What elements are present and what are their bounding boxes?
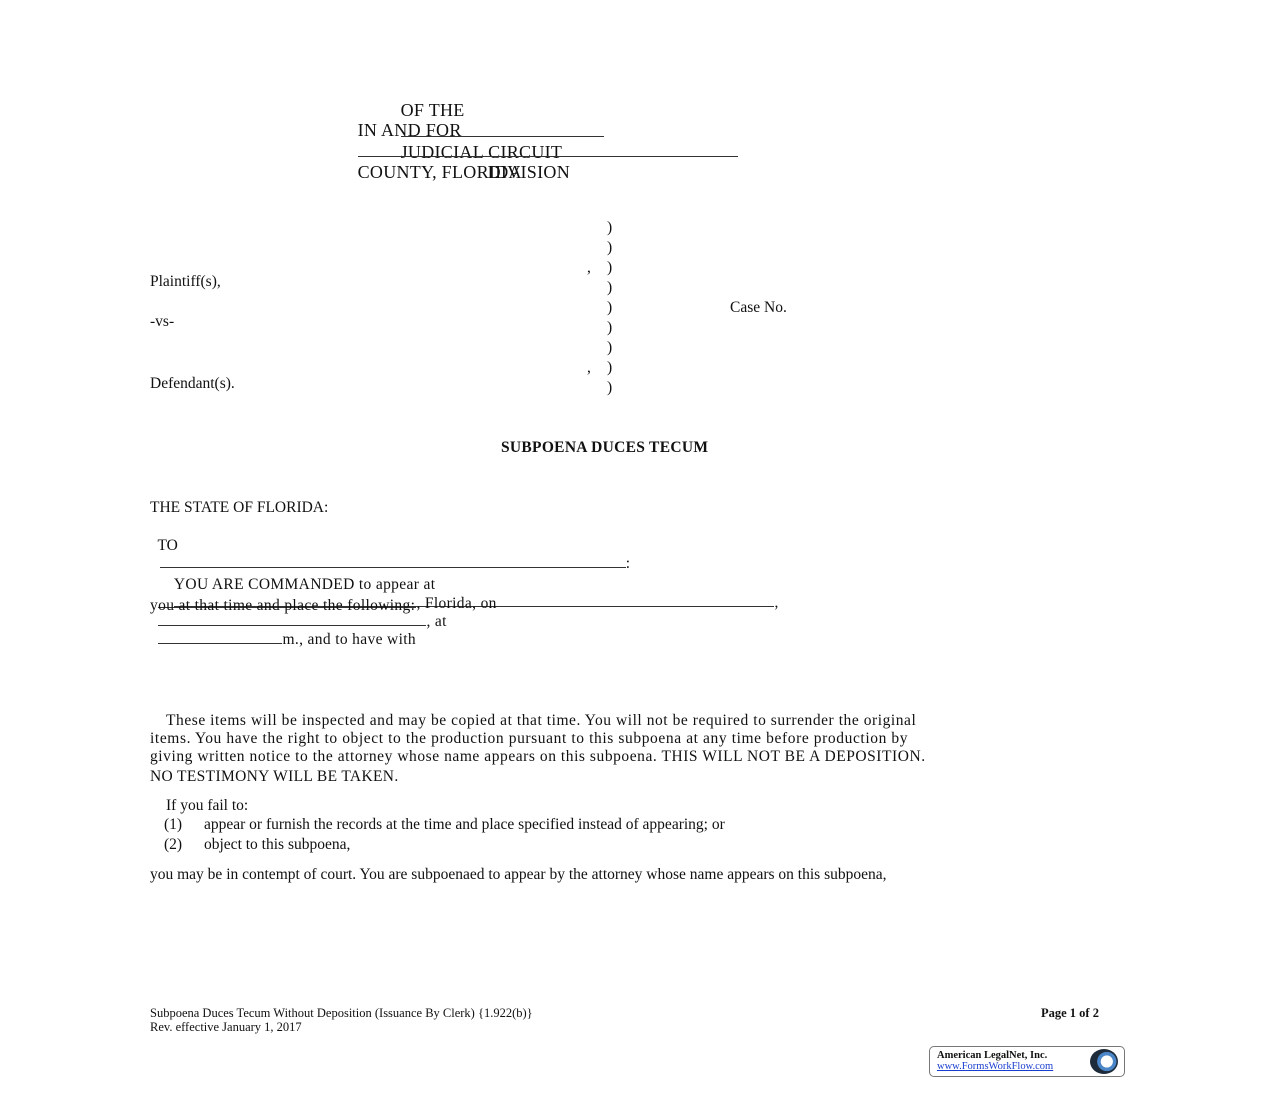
notice-line: items. You have the right to object to t… [150,730,908,748]
command-line-2-suffix: m., and to have with [282,631,416,648]
failure-item-number: (2) [164,836,182,854]
failure-item-text: object to this subpoena, [204,836,350,854]
caption-paren: ) [607,359,612,377]
caption-paren: ) [607,279,612,297]
failure-intro: If you fail to: [166,797,248,815]
at-label: , at [426,613,446,630]
caption-paren: ) [607,319,612,337]
time-blank[interactable] [158,631,282,644]
caption-paren: ) [607,339,612,357]
plaintiff-label: Plaintiff(s), [150,273,221,291]
page-number: Page 1 of 2 [1041,1006,1099,1021]
caption-paren: ) [607,219,612,237]
command-comma: , [774,594,778,611]
florida-on: , Florida, on [416,595,496,612]
case-number-label: Case No. [730,299,787,317]
division-blank[interactable] [488,144,738,157]
american-legalnet-logo[interactable]: American LegalNet, Inc. www.FormsWorkFlo… [929,1046,1125,1077]
caption-paren: ) [607,379,612,397]
caption-comma: , [587,259,591,277]
globe-swirl-icon [1090,1049,1118,1074]
command-line-3: you at that time and place the following… [150,597,415,615]
state-of-florida: THE STATE OF FLORIDA: [150,499,328,517]
to-label: TO [157,537,177,554]
form-title-footer: Subpoena Duces Tecum Without Deposition … [150,1006,533,1021]
caption-paren: ) [607,239,612,257]
caption-paren: ) [607,299,612,317]
notice-line: giving written notice to the attorney wh… [150,748,926,766]
failure-item-number: (1) [164,816,182,834]
failure-item-text: appear or furnish the records at the tim… [204,816,725,834]
document-title: SUBPOENA DUCES TECUM [501,439,708,457]
caption-paren: ) [607,259,612,277]
caption-comma: , [587,359,591,377]
notice-line: NO TESTIMONY WILL BE TAKEN. [150,768,399,786]
logo-website-link[interactable]: www.FormsWorkFlow.com [937,1061,1053,1072]
revision-date: Rev. effective January 1, 2017 [150,1020,302,1035]
header-in-and-for: IN AND FOR [358,120,462,140]
notice-line: These items will be inspected and may be… [166,712,916,730]
court-header-line-3: DIVISION [478,120,738,183]
header-division: DIVISION [488,162,570,182]
contempt-warning: you may be in contempt of court. You are… [150,866,887,884]
logo-company-name: American LegalNet, Inc. [937,1050,1047,1061]
vs-label: -vs- [150,313,174,331]
defendant-label: Defendant(s). [150,375,235,393]
